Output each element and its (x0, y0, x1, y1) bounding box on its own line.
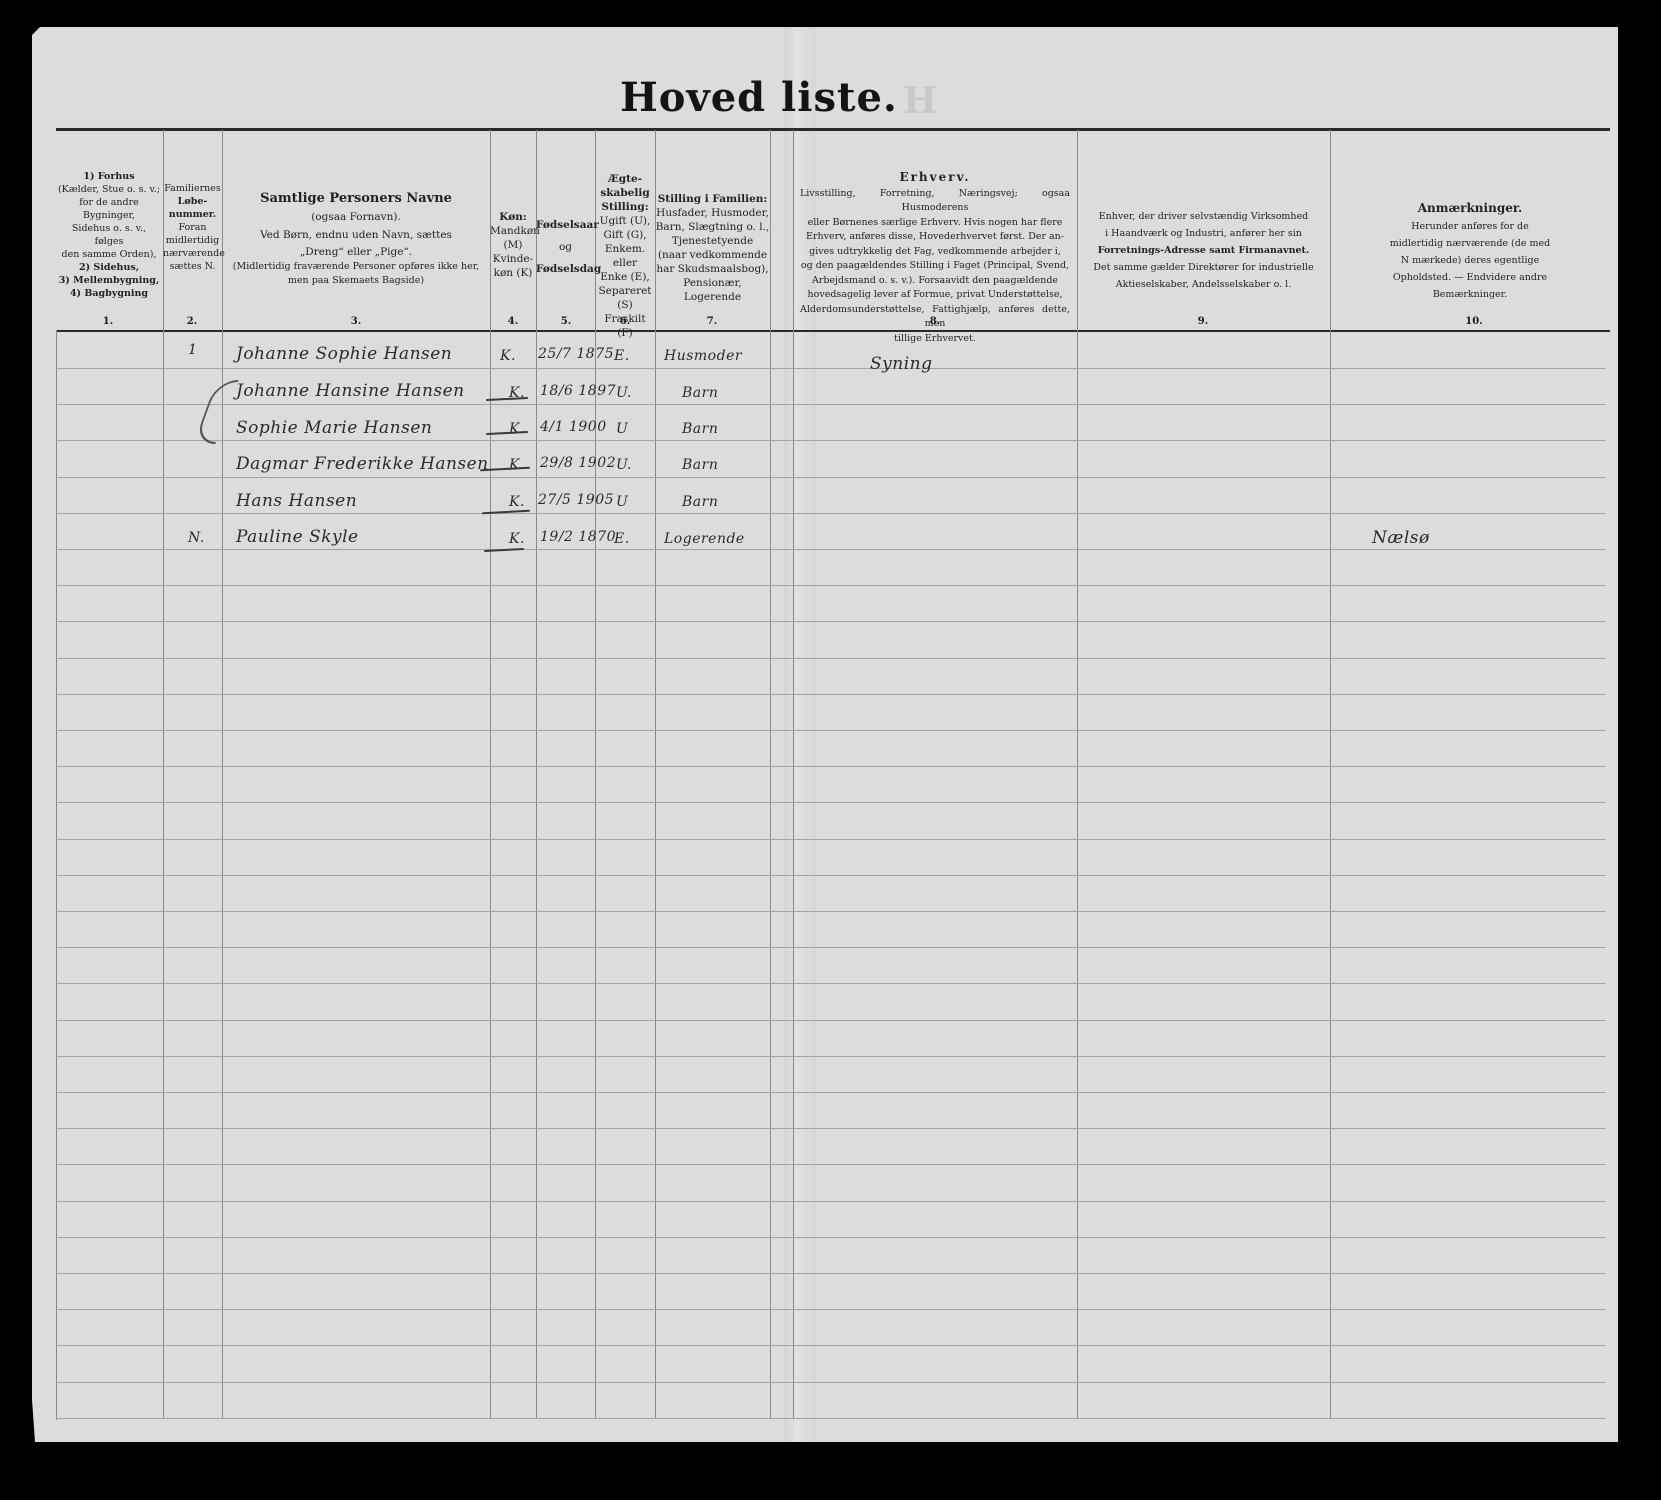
person-family-position: Husmoder (664, 348, 742, 364)
family-number: 1 (188, 342, 197, 358)
ruled-row-line (56, 983, 1606, 984)
ruled-row-line (56, 1273, 1606, 1274)
ruled-row-line (56, 658, 1606, 659)
ruled-row-line (56, 1056, 1606, 1057)
ruled-row-line (56, 1382, 1606, 1383)
person-family-position: Barn (682, 494, 718, 510)
form-title: Hoved liste. (620, 74, 898, 121)
column-divider (770, 130, 771, 1418)
ruled-row-line (56, 802, 1606, 803)
header-col-6-marital: Ægte- skabelig Stilling: Ugift (U), Gift… (595, 172, 655, 340)
person-sex: K. (500, 348, 516, 364)
column-divider (655, 130, 656, 1418)
person-name: Johanne Hansine Hansen (236, 381, 465, 401)
person-birth: 27/5 1905 (538, 492, 614, 508)
col-number-1: 1. (98, 316, 118, 327)
person-sex: K. (509, 421, 525, 437)
person-marital: E. (614, 531, 630, 547)
person-sex: K. (509, 494, 525, 510)
header-col-4-sex: Køn: Mandkøn (M) Kvinde- køn (K) (490, 210, 536, 280)
ruled-row-line (56, 730, 1606, 731)
col-number-5: 5. (556, 316, 576, 327)
person-marital: U. (616, 457, 632, 473)
ruled-row-line (56, 875, 1606, 876)
person-birth: 19/2 1870 (540, 529, 616, 545)
person-birth: 29/8 1902 (540, 455, 616, 471)
header-col-2-family-number: Familiernes Løbe- nummer. Foran midlerti… (163, 182, 222, 273)
person-sex: K. (509, 531, 525, 547)
ruled-row-line (56, 1201, 1606, 1202)
ruled-row-line (56, 1128, 1606, 1129)
ruled-row-line (56, 477, 1606, 478)
ruled-row-line (56, 404, 1606, 405)
person-remarks: Nælsø (1372, 528, 1430, 548)
title-bleed-through: H (903, 80, 937, 122)
ruled-row-line (56, 1309, 1606, 1310)
person-name: Pauline Skyle (236, 527, 359, 547)
ruled-row-line (56, 766, 1606, 767)
ruled-row-line (56, 621, 1606, 622)
person-name: Johanne Sophie Hansen (236, 344, 452, 364)
col-number-2: 2. (182, 316, 202, 327)
person-family-position: Barn (682, 421, 718, 437)
ruled-row-line (56, 947, 1606, 948)
column-divider (1077, 130, 1078, 1418)
col-number-7: 7. (702, 316, 722, 327)
col-number-4: 4. (503, 316, 523, 327)
person-name: Hans Hansen (236, 491, 357, 511)
col-number-10: 10. (1464, 316, 1484, 327)
header-col-5-birth: Fødselsaar og Fødselsdag (536, 214, 595, 280)
col-number-9: 9. (1193, 316, 1213, 327)
ruled-row-line (56, 839, 1606, 840)
header-col-3-names: Samtlige Personers Navne (ogsaa Fornavn)… (222, 190, 490, 288)
person-family-position: Logerende (664, 531, 745, 547)
header-top-rule (56, 128, 1610, 131)
header-col-10-remarks: Anmærkninger. Herunder anføres for de mi… (1330, 198, 1610, 303)
column-divider (163, 130, 164, 1418)
person-birth: 4/1 1900 (540, 419, 607, 435)
header-col-9-business-address: Enhver, der driver selvstændig Virksomhe… (1077, 208, 1330, 293)
person-occupation: Syning (870, 354, 932, 374)
person-marital: E. (614, 348, 630, 364)
family-number: N. (188, 530, 205, 546)
ruled-row-line (56, 1345, 1606, 1346)
person-sex: K. (509, 457, 525, 473)
person-marital: U. (616, 385, 632, 401)
person-marital: U (616, 494, 628, 510)
ruled-row-line (56, 549, 1606, 550)
person-family-position: Barn (682, 457, 718, 473)
ruled-row-line (56, 368, 1606, 369)
header-col-7-family-position: Stilling i Familien: Husfader, Husmoder,… (655, 192, 770, 304)
col-number-6: 6. (615, 316, 635, 327)
person-birth: 18/6 1897 (540, 383, 616, 399)
ruled-row-line (56, 911, 1606, 912)
person-marital: U (616, 421, 628, 437)
person-name: Dagmar Frederikke Hansen (236, 454, 489, 474)
ruled-row-line (56, 1092, 1606, 1093)
column-divider (490, 130, 491, 1418)
person-family-position: Barn (682, 385, 718, 401)
person-birth: 25/7 1875 (538, 346, 614, 362)
person-name: Sophie Marie Hansen (236, 418, 432, 438)
column-divider (536, 130, 537, 1418)
ruled-row-line (56, 513, 1606, 514)
col-number-3: 3. (346, 316, 366, 327)
ruled-row-line (56, 585, 1606, 586)
ruled-row-line (56, 1164, 1606, 1165)
ruled-row-line (56, 1020, 1606, 1021)
header-col-1-building: 1) Forhus (Kælder, Stue o. s. v.; for de… (56, 170, 162, 300)
column-divider (222, 130, 223, 1418)
ruled-row-line (56, 694, 1606, 695)
col-number-8: 8. (925, 316, 945, 327)
ruled-row-line (56, 440, 1606, 441)
ruled-row-line (56, 1237, 1606, 1238)
ruled-row-line (56, 1418, 1606, 1419)
column-divider (793, 130, 794, 1418)
column-divider (1330, 130, 1331, 1418)
